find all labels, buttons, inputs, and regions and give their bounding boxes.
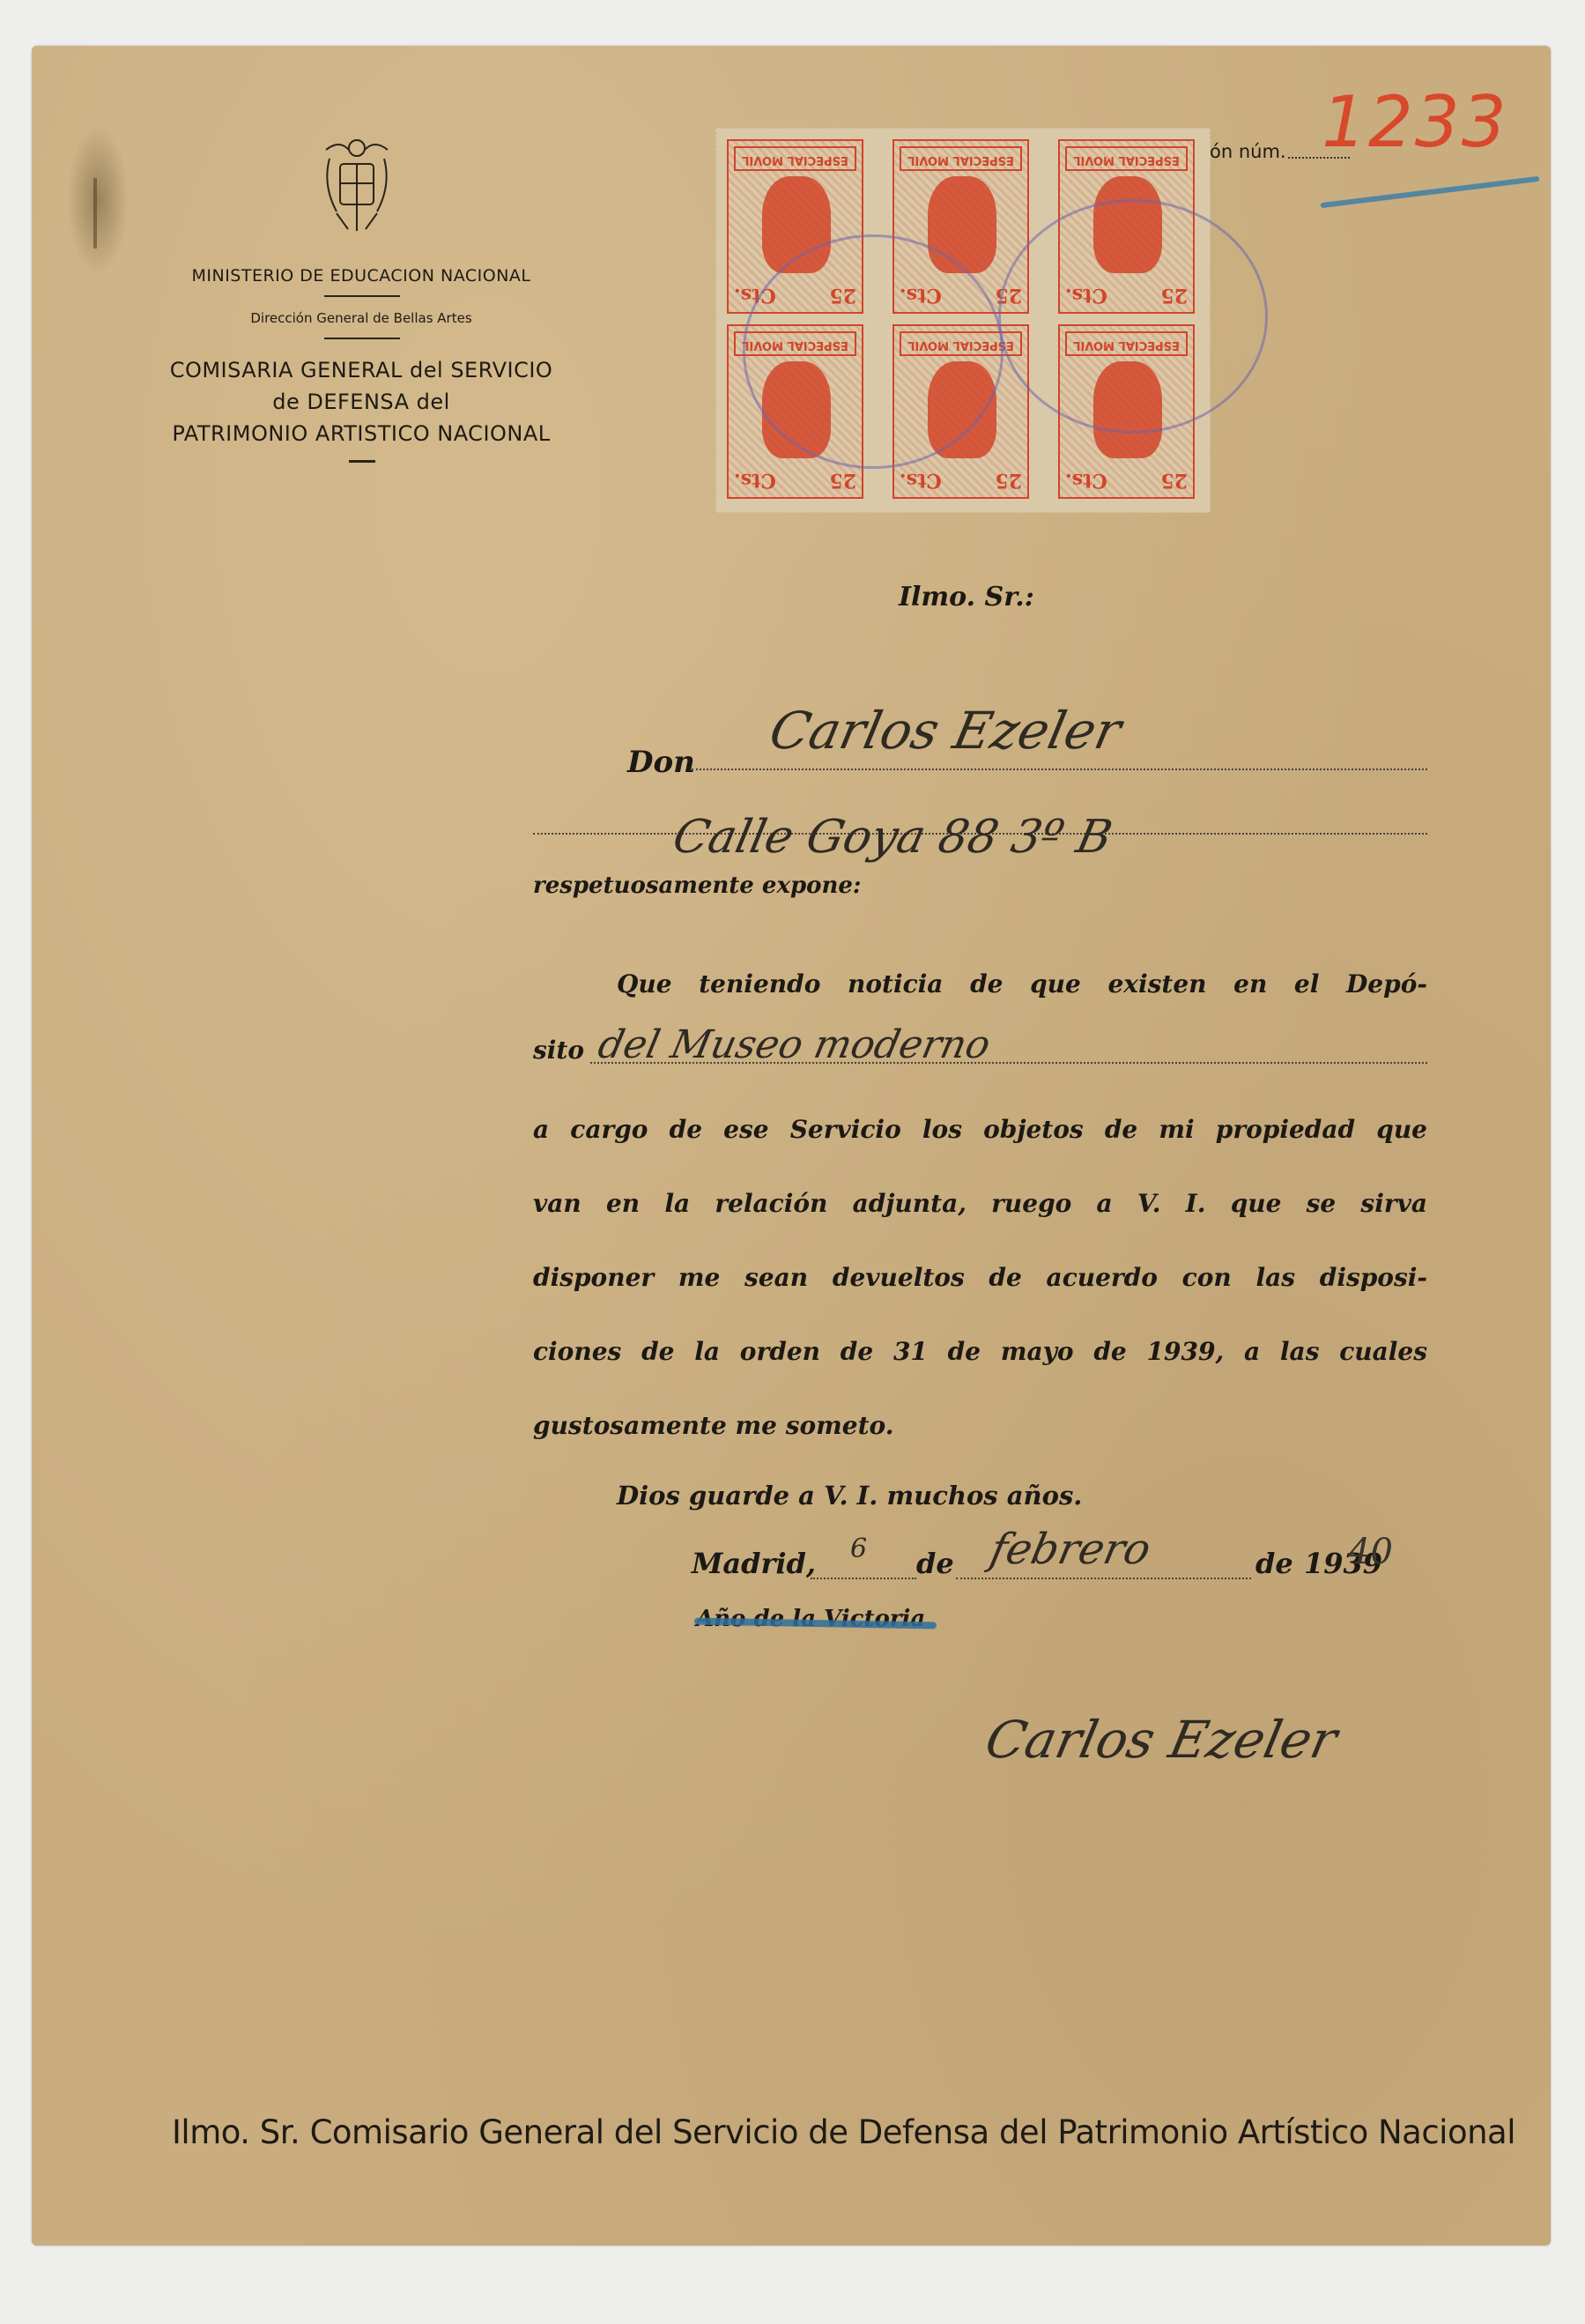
stamp-header: ESPECIAL MOVIL <box>734 146 856 171</box>
commission-name: COMISARIA GENERAL del SERVICIO de DEFENS… <box>132 354 590 449</box>
divider <box>324 295 400 297</box>
stamp-header: ESPECIAL MOVIL <box>900 146 1022 171</box>
don-label: Don <box>627 745 695 780</box>
body-line-6: ciones de la orden de 31 de mayo de 1939… <box>533 1315 1427 1389</box>
body-line-4: van en la relación adjunta, ruego a V. I… <box>533 1167 1427 1241</box>
direction-name: Dirección General de Bellas Artes <box>132 310 590 326</box>
day-field-line <box>811 1578 916 1579</box>
ministry-name: MINISTERIO DE EDUCACION NACIONAL <box>132 266 590 286</box>
commission-line-2: de DEFENSA del <box>132 386 590 418</box>
date-year-correction: 40 <box>1348 1532 1393 1572</box>
divider <box>349 460 375 463</box>
revenue-stamps-block: ESPECIAL MOVIL25Cts. ESPECIAL MOVIL25Cts… <box>715 128 1211 513</box>
applicant-address: Calle Goya 88 3º B <box>669 811 1117 864</box>
cancellation-seal <box>998 199 1268 434</box>
salutation: Ilmo. Sr.: <box>899 582 1034 613</box>
stamp-header: ESPECIAL MOVIL <box>1065 146 1188 171</box>
coat-of-arms-icon <box>317 132 396 238</box>
divider <box>324 338 400 339</box>
commission-line-1: COMISARIA GENERAL del SERVICIO <box>132 354 590 386</box>
rust-stain <box>67 125 129 275</box>
deposit-name: del Museo moderno <box>595 1022 995 1067</box>
stamp-value-unit: Cts. <box>900 465 942 492</box>
stamp-value: 25Cts. <box>900 465 1022 492</box>
expone-label: respetuosamente expone: <box>533 872 862 899</box>
name-field-line <box>692 768 1427 770</box>
date-de-2: de <box>1255 1547 1293 1580</box>
date-month: febrero <box>986 1525 1155 1574</box>
month-field-line <box>956 1578 1251 1579</box>
stamp-value-unit: Cts. <box>734 465 776 492</box>
cancellation-seal <box>743 234 1004 469</box>
addressee-footer: Ilmo. Sr. Comisario General del Servicio… <box>172 2113 1515 2151</box>
stamp-value: 25Cts. <box>1065 465 1188 492</box>
signature: Carlos Ezeler <box>981 1710 1343 1770</box>
stamp-value-number: 25 <box>995 465 1022 492</box>
applicant-name: Carlos Ezeler <box>765 701 1127 761</box>
body-line-1: Que teniendo noticia de que existen en e… <box>533 947 1427 1021</box>
commission-line-3: PATRIMONIO ARTISTICO NACIONAL <box>132 418 590 449</box>
registration-number: 1233 <box>1322 81 1508 163</box>
stamp-value-number: 25 <box>1160 465 1188 492</box>
stamp-value-number: 25 <box>829 465 856 492</box>
closing-formula: Dios guarde a V. I. muchos años. <box>617 1481 1082 1511</box>
stamp-value-unit: Cts. <box>1065 465 1107 492</box>
registration-label: ón núm. <box>1210 141 1286 162</box>
body-line-7: gustosamente me someto. <box>533 1389 1427 1463</box>
sito-label: sito <box>533 1036 584 1065</box>
body-line-5: disponer me sean devueltos de acuerdo co… <box>533 1241 1427 1315</box>
date-de-1: de <box>916 1547 954 1580</box>
stamp-value: 25Cts. <box>734 465 856 492</box>
date-day: 6 <box>850 1533 867 1564</box>
date-place: Madrid, <box>692 1547 816 1580</box>
body-line-3: a cargo de ese Servicio los objetos de m… <box>533 1093 1427 1167</box>
